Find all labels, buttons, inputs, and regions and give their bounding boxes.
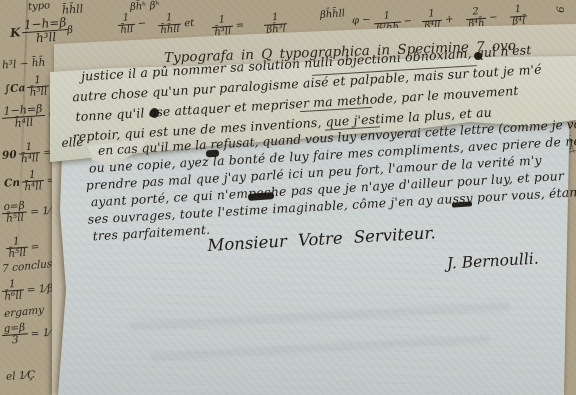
ink-blot	[150, 108, 159, 118]
ink-blot	[206, 150, 219, 158]
formula-fragment: typo	[28, 0, 51, 13]
formula-fragment: 1−h=βh̄⁴ll=	[1, 102, 58, 130]
formula-fragment: 901h̄⁴ll=	[1, 140, 53, 166]
letter-line: tres parfaitement.	[92, 223, 210, 244]
manuscript-photo: typoh̄h̄llβh̄ʰ βʰ·β1h̄ll−1h̄h̄llet1h̄³ll…	[0, 0, 576, 395]
formula-fragment: φ −	[352, 14, 371, 26]
formula-fragment: 1βh̄³l	[263, 12, 288, 36]
formula-fragment: 1h̄³ll=	[211, 14, 245, 38]
letter-edge-word: elle	[61, 135, 84, 150]
letter-closing: Monsieur Votre Serviteur.	[207, 223, 436, 255]
formula-fragment: el 1⁄Ç	[6, 369, 36, 383]
letter-signature: J. Bernoulli.	[446, 250, 539, 273]
formula-fragment: h³l − h̄h̄	[2, 57, 46, 72]
formula-fragment: βh̄h̄ll	[320, 8, 346, 21]
letter-body-text: elle en cas qu'il me la refusat, quand v…	[60, 87, 576, 346]
formula-fragment: K1−h=βh³ll	[9, 16, 70, 46]
formula-fragment: 1h̄⁵ll=	[5, 235, 40, 260]
formula-fragment: 1β⁴l̄	[509, 4, 527, 27]
ink-blot	[474, 52, 482, 60]
formula-fragment: 1h̄h̄llet	[157, 12, 195, 36]
rotated-number: 9	[554, 6, 565, 13]
formula-fragment: ergamy	[4, 304, 44, 320]
formula-fragment: ∫Ca1h̄³ll	[3, 74, 49, 100]
formula-fragment: 1h̄ll−	[117, 12, 147, 36]
formula-fragment: 1h̄⁶ll= 1⁄β³	[1, 276, 58, 303]
formula-fragment: Cn1h̄⁴ll=	[3, 168, 56, 195]
